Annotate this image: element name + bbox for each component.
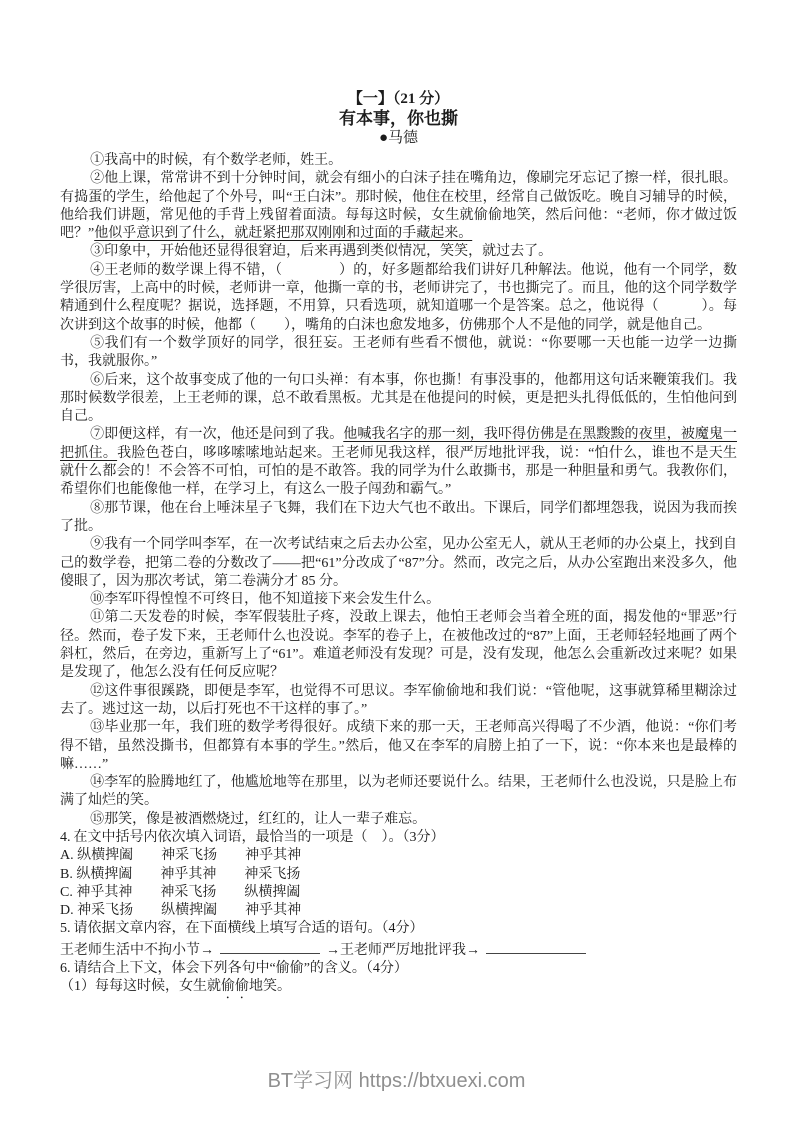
text-segment: A. 纵横捭阖 神采飞扬 神乎其神 xyxy=(60,848,301,863)
questions-section: 4.在文中括号内依次填入词语，最恰当的一项是（ ）。（3分）A. 纵横捭阖 神采… xyxy=(60,829,737,1002)
passage-paragraph: ①我高中的时候，有个数学老师，姓王。 xyxy=(60,152,737,170)
answer-option: D. 神采飞扬 纵横捭阖 神乎其神 xyxy=(60,902,737,920)
text-segment: ⑦即便这样，有一次，他还是问到了我。 xyxy=(90,427,343,442)
footer-watermark: BT学习网 https://btxuexi.com xyxy=(0,1072,793,1090)
essay-title: 有本事，你也撕 xyxy=(60,109,737,129)
question-line: （1）每每这时候，女生就偷偷地笑。 xyxy=(60,978,737,1002)
text-segment: ⑭李军的脸腾地红了，他尴尬地等在那里，以为老师还要说什么。结果，王老师什么也没说… xyxy=(60,775,737,808)
fill-in-blank xyxy=(220,939,320,954)
passage-paragraph: ②他上课，常常讲不到十分钟时间，就会有细小的白沫子挂在嘴角边，像刷完牙忘记了擦一… xyxy=(60,170,737,243)
passage-paragraph: ⑦即便这样，有一次，他还是问到了我。他喊我名字的那一刻，我吓得仿佛是在黑黢黢的夜… xyxy=(60,426,737,499)
text-segment: →王老师严厉地批评我→ xyxy=(326,943,480,958)
text-segment: B. 纵横捭阖 神乎其神 神采飞扬 xyxy=(60,867,300,882)
text-segment: ⑬毕业那一年，我们班的数学考得很好。成绩下来的那一天，王老师高兴得喝了不少酒，他… xyxy=(60,720,737,772)
question-number: 4. xyxy=(60,830,71,845)
text-segment: ⑥后来，这个故事变成了他的一句口头禅：有本事，你也撕！有事没事的，他都用这句话来… xyxy=(60,373,737,425)
text-segment: 请依据文章内容，在下面横线上填写合适的语句。（4分） xyxy=(74,921,424,936)
passage-paragraph: ⑩李军吓得惶惶不可终日，他不知道接下来会发生什么。 xyxy=(60,591,737,609)
text-segment: ④王老师的数学课上得不错，（ ）的，好多题都给我们讲好几种解法。他说，他有一个同… xyxy=(60,263,737,333)
exam-page: 【一】（21 分） 有本事，你也撕 ●马德 ①我高中的时候，有个数学老师，姓王。… xyxy=(0,0,793,1122)
text-segment: ③印象中，开始他还显得很窘迫，后来再遇到类似情况，笑笑，就过去了。 xyxy=(90,244,552,259)
text-segment: ⑪第二天发卷的时候，李军假装肚子疼，没敢上课去，他怕王老师会当着全班的面，揭发他… xyxy=(60,610,737,680)
text-segment: （1）每每这时候，女生就 xyxy=(60,979,221,994)
question-5: 5.请依据文章内容，在下面横线上填写合适的语句。（4分）王老师生活中不拘小节→→… xyxy=(60,920,737,960)
passage-paragraph: ⑪第二天发卷的时候，李军假装肚子疼，没敢上课去，他怕王老师会当着全班的面，揭发他… xyxy=(60,609,737,682)
passage-paragraph: ⑭李军的脸腾地红了，他尴尬地等在那里，以为老师还要说什么。结果，王老师什么也没说… xyxy=(60,774,737,811)
text-segment: ⑮那笑，像是被酒燃烧过，红红的，让人一辈子难忘。 xyxy=(90,812,426,827)
text-segment: 地笑。 xyxy=(249,979,291,994)
passage-paragraph: ⑤我们有一个数学顶好的同学，很狂妄。王老师有些看不惯他，就说：“你要哪一天也能一… xyxy=(60,335,737,372)
passage-paragraph: ⑥后来，这个故事变成了他的一句口头禅：有本事，你也撕！有事没事的，他都用这句话来… xyxy=(60,372,737,427)
text-segment: 在文中括号内依次填入词语，最恰当的一项是（ ）。（3分） xyxy=(74,830,445,845)
answer-option: B. 纵横捭阖 神乎其神 神采飞扬 xyxy=(60,866,737,884)
question-stem: 4.在文中括号内依次填入词语，最恰当的一项是（ ）。（3分） xyxy=(60,829,737,847)
passage-paragraph: ⑮那笑，像是被酒燃烧过，红红的，让人一辈子难忘。 xyxy=(60,811,737,829)
section-title: 【一】（21 分） xyxy=(60,90,737,109)
answer-option: C. 神乎其神 神采飞扬 纵横捭阖 xyxy=(60,884,737,902)
passage-paragraph: ⑬毕业那一年，我们班的数学考得很好。成绩下来的那一天，王老师高兴得喝了不少酒，他… xyxy=(60,719,737,774)
question-number: 6. xyxy=(60,961,71,976)
question-stem: 5.请依据文章内容，在下面横线上填写合适的语句。（4分） xyxy=(60,920,737,938)
underlined-text: 他似乎意识到了什么，就赶紧把那双刚刚和过面的手藏起来。 xyxy=(94,226,472,241)
text-segment: ⑧那节课，他在台上唾沫星子飞舞，我们在下边大气也不敢出。下课后，同学们都埋怨我，… xyxy=(60,501,737,534)
text-segment: C. 神乎其神 神采飞扬 纵横捭阖 xyxy=(60,885,300,900)
text-segment: 王老师生活中不拘小节→ xyxy=(60,943,214,958)
question-6: 6.请结合上下文，体会下列各句中“偷偷”的含义。（4分）（1）每每这时候，女生就… xyxy=(60,960,737,1002)
question-number: 5. xyxy=(60,921,71,936)
passage-header: 【一】（21 分） 有本事，你也撕 ●马德 xyxy=(60,90,737,148)
text-segment: 我脸色苍白，哆哆嗦嗦地站起来。王老师见我这样，很严厉地批评我，说：“怕什么，谁也… xyxy=(60,446,737,498)
text-segment: ⑨我有一个同学叫李军，在一次考试结束之后去办公室，见办公室无人，就从王老师的办公… xyxy=(60,537,737,589)
text-segment: 请结合上下文，体会下列各句中“偷偷”的含义。（4分） xyxy=(74,961,408,976)
question-line: 王老师生活中不拘小节→→王老师严厉地批评我→ xyxy=(60,939,737,960)
fill-in-blank xyxy=(486,939,586,954)
text-segment: ⑤我们有一个数学顶好的同学，很狂妄。王老师有些看不惯他，就说：“你要哪一天也能一… xyxy=(60,336,737,369)
passage-paragraph: ③印象中，开始他还显得很窘迫，后来再遇到类似情况，笑笑，就过去了。 xyxy=(60,243,737,261)
text-segment: D. 神采飞扬 纵横捭阖 神乎其神 xyxy=(60,903,301,918)
passage-paragraph: ④王老师的数学课上得不错，（ ）的，好多题都给我们讲好几种解法。他说，他有一个同… xyxy=(60,262,737,335)
question-4: 4.在文中括号内依次填入词语，最恰当的一项是（ ）。（3分）A. 纵横捭阖 神采… xyxy=(60,829,737,920)
text-segment: ①我高中的时候，有个数学老师，姓王。 xyxy=(90,153,342,168)
passage-paragraph: ⑧那节课，他在台上唾沫星子飞舞，我们在下边大气也不敢出。下课后，同学们都埋怨我，… xyxy=(60,500,737,537)
text-segment: ⑩李军吓得惶惶不可终日，他不知道接下来会发生什么。 xyxy=(90,592,440,607)
passage-body: ①我高中的时候，有个数学老师，姓王。②他上课，常常讲不到十分钟时间，就会有细小的… xyxy=(60,152,737,829)
passage-paragraph: ⑫这件事很蹊跷，即便是李军，也觉得不可思议。李军偷偷地和我们说：“管他呢，这事就… xyxy=(60,683,737,720)
emphasized-text: 偷偷 xyxy=(221,979,249,994)
passage-paragraph: ⑨我有一个同学叫李军，在一次考试结束之后去办公室，见办公室无人，就从王老师的办公… xyxy=(60,536,737,591)
question-stem: 6.请结合上下文，体会下列各句中“偷偷”的含义。（4分） xyxy=(60,960,737,978)
author-byline: ●马德 xyxy=(60,129,737,148)
text-segment: ⑫这件事很蹊跷，即便是李军，也觉得不可思议。李军偷偷地和我们说：“管他呢，这事就… xyxy=(60,684,737,717)
answer-option: A. 纵横捭阖 神采飞扬 神乎其神 xyxy=(60,847,737,865)
